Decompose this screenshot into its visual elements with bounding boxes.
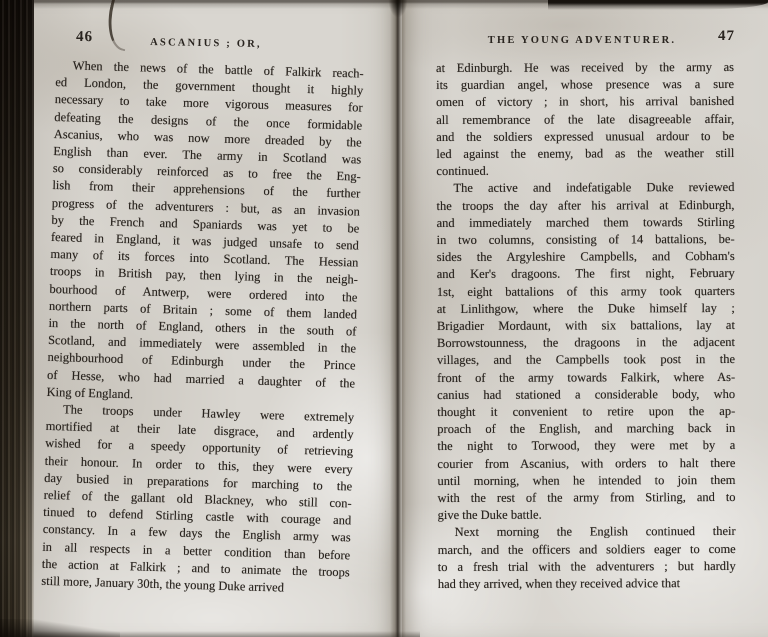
text-line: at Linlithgow, where the Duke himself la… bbox=[437, 300, 735, 318]
text-line: continued. bbox=[436, 162, 734, 180]
text-line: and immediately marched them towards Sti… bbox=[437, 214, 735, 232]
text-line: had they arrived, when they received adv… bbox=[438, 575, 736, 593]
left-page: 46 ASCANIUS ; OR, When the news of the b… bbox=[26, 0, 398, 637]
text-line: march, and the officers and soldiers eag… bbox=[438, 541, 736, 559]
right-page-text: at Edinburgh. He was received by the arm… bbox=[436, 59, 736, 593]
text-line: thought it convenient to retire upon the… bbox=[437, 403, 735, 421]
right-running-header: THE YOUNG ADVENTURER. bbox=[436, 35, 728, 46]
text-line: Borrowstounness, the dragoons in the adj… bbox=[437, 334, 735, 352]
text-line: proach of the English, and marching back… bbox=[437, 420, 735, 438]
text-line: sides the Argyleshire Campbells, and Cob… bbox=[437, 248, 735, 266]
text-line: in two columns, consisting of 14 battali… bbox=[437, 231, 735, 249]
text-line: Next morning the English continued their bbox=[438, 523, 736, 541]
text-line: canius had stationed a considerable body… bbox=[437, 386, 735, 404]
book-spread: 46 ASCANIUS ; OR, When the news of the b… bbox=[0, 0, 768, 637]
paragraph: The active and indefatigable Duke review… bbox=[436, 179, 735, 524]
binding-edge bbox=[0, 0, 34, 637]
text-line: Brigadier Mordaunt, with six battalions,… bbox=[437, 317, 735, 335]
text-line: with the rest of the army from Stirling,… bbox=[438, 489, 736, 507]
paragraph: Next morning the English continued their… bbox=[438, 523, 736, 593]
text-line: led against the enemy, bad as the weathe… bbox=[436, 145, 734, 163]
text-line: until morning, when he intended to join … bbox=[437, 472, 735, 490]
right-page: THE YOUNG ADVENTURER. 47 at Edinburgh. H… bbox=[402, 0, 768, 637]
text-line: omen of victory ; in short, his arrival … bbox=[436, 93, 734, 111]
paragraph: When the news of the battle of Falkirk r… bbox=[46, 57, 363, 410]
text-line: The active and indefatigable Duke review… bbox=[436, 179, 734, 197]
text-line: villages, and the Campbells took post in… bbox=[437, 351, 735, 369]
text-line: the troops the day after his arrival at … bbox=[436, 197, 734, 215]
text-line: the night to Torwood, they were met by a bbox=[437, 437, 735, 455]
text-line: its guardian angel, whose presence was a… bbox=[436, 76, 734, 94]
left-page-text: When the news of the battle of Falkirk r… bbox=[41, 57, 364, 599]
text-line: to a fresh trial with the adventurers ; … bbox=[438, 558, 736, 576]
right-page-number: 47 bbox=[718, 28, 735, 45]
text-line: give the Duke battle. bbox=[438, 506, 736, 524]
text-line: and Ker's dragoons. The first night, Feb… bbox=[437, 265, 735, 283]
text-line: and the soldiers expressed unusual ardou… bbox=[436, 128, 734, 146]
text-line: courier from Ascanius, with orders to ha… bbox=[437, 455, 735, 473]
text-line: 1st, eight battalions of this army took … bbox=[437, 283, 735, 301]
paragraph: The troops under Hawley were extremelymo… bbox=[41, 401, 354, 599]
bottom-left-corner-shadow bbox=[0, 619, 120, 637]
left-running-header: ASCANIUS ; OR, bbox=[56, 35, 356, 51]
text-line: all remembrance of the late disagreeable… bbox=[436, 111, 734, 129]
paragraph: at Edinburgh. He was received by the arm… bbox=[436, 59, 734, 180]
text-line: at Edinburgh. He was received by the arm… bbox=[436, 59, 734, 77]
gutter-shadow bbox=[390, 0, 406, 637]
text-line: front of the army towards Falkirk, where… bbox=[437, 369, 735, 387]
